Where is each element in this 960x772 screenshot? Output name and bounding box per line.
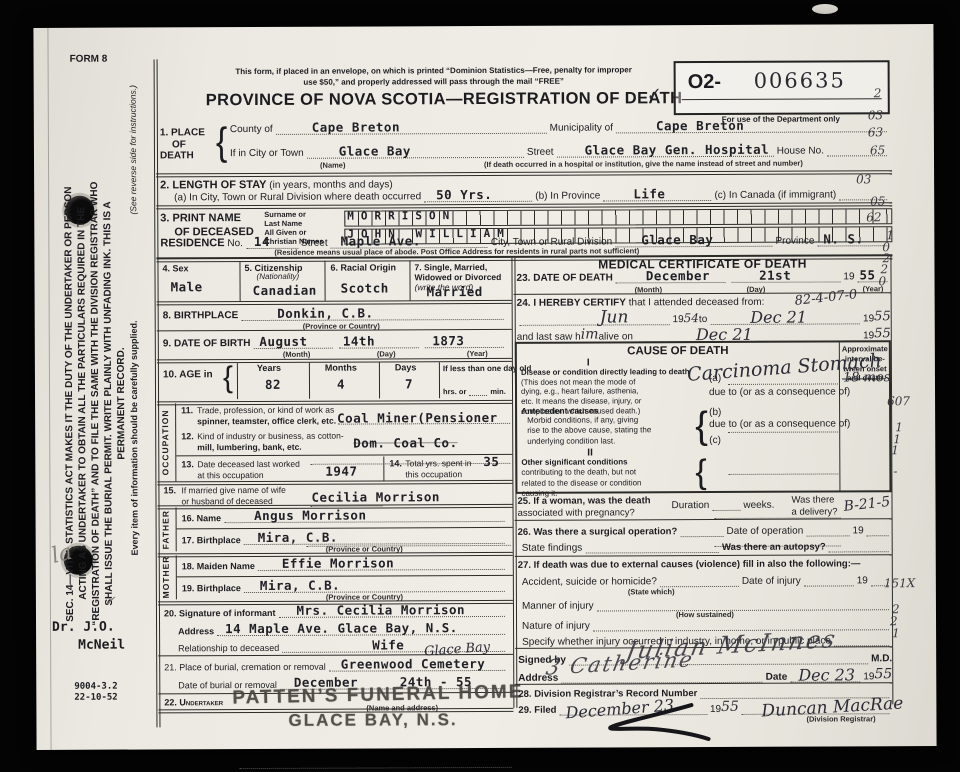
s2-b-line: Life (603, 187, 711, 201)
s27-nature-label: Nature of injury (522, 621, 590, 632)
s10-months-label: Months (325, 363, 357, 373)
margin-note: 0 (879, 274, 887, 288)
cause-a-interval: 18 mos (843, 370, 891, 385)
s1-label: 1. PLACE OF DEATH (160, 127, 205, 162)
sig-date-label: Date (766, 672, 788, 683)
s25-delivery-label: Was therea delivery? (791, 494, 837, 519)
s9-year-note: (Year) (467, 349, 488, 358)
sig-19: 19 (863, 671, 874, 682)
other-conditions-label: Other significant conditions contributin… (521, 457, 707, 499)
s24-to-date: Dec 21 (750, 308, 807, 327)
s19-line: Mira, C.B. (244, 578, 505, 593)
s9-year-line: 1873 (424, 334, 504, 348)
print-code-2: 22-10-52 (74, 693, 117, 703)
sidebar-reverse-note: (See reverse side for instructions.) (128, 68, 141, 233)
s20-line: Mrs. Cecilia Morrison (278, 603, 505, 618)
s23-year: 55 (859, 267, 875, 282)
s19-label: 19. Birthplace (182, 583, 241, 593)
s11-label: Trade, profession, or kind of work asspi… (197, 405, 336, 427)
s26-autopsy-label: Was there an autopsy? (722, 542, 826, 553)
s13-no: 13. (181, 459, 194, 469)
s3-residence-label: RESIDENCE (160, 237, 224, 249)
s9-day-note: (Day) (377, 349, 396, 358)
document-paper: FORM 8 SEC. 14—VITAL STATISTICS ACT MAKE… (33, 24, 936, 750)
s10-hrs-label: hrs. or (443, 387, 466, 396)
s27-19: 19 (857, 575, 868, 586)
s1-municipality-label: Municipality of (550, 122, 613, 133)
s24-from-month: Jun (600, 307, 629, 327)
s24-from-line: Jun (520, 311, 670, 326)
s16-value: Angus Morrison (254, 508, 366, 523)
registration-box-rule (682, 98, 882, 100)
s13-label: Date deceased last workedat this occupat… (197, 459, 300, 481)
s24-to-19: 19 (863, 313, 874, 324)
s27-specify-line (834, 632, 889, 646)
s8-label: 8. BIRTHPLACE (163, 310, 239, 321)
s3-no-label: No. (227, 238, 243, 249)
s2-a-label: (a) In City, Town or Rural Division wher… (174, 191, 421, 203)
sig-year: 55 (874, 666, 892, 682)
cell-line-3 (409, 260, 410, 300)
s9-month-note: (Month) (283, 350, 311, 359)
s24-to-line: Dec 21 (710, 310, 860, 325)
s23-day: 21st (759, 268, 791, 283)
s19-value: Mira, C.B. (260, 578, 340, 593)
father-vertical-label: FATHER (161, 508, 175, 550)
s2-b-label: (b) In Province (535, 190, 600, 201)
s3-province-label: Province (775, 236, 814, 247)
s25-handwritten-value: B-21-5 (843, 494, 891, 515)
sig-address-line (561, 669, 762, 684)
s27-dateinjury-line (804, 572, 854, 586)
antecedent-label: Antecedent causes (521, 406, 599, 416)
s9-year: 1873 (432, 333, 464, 348)
s10-years-label: Years (257, 363, 281, 373)
ink-checkmark: ✓ (644, 84, 661, 106)
s11-no: 11. (181, 405, 193, 415)
s2-c-label: (c) In Canada (if immigrant) (714, 189, 836, 201)
pencil-tick: ✓ (104, 594, 116, 610)
s1-county-label: County of (230, 124, 273, 135)
antecedent-brace: { (695, 405, 708, 448)
s9-day: 14th (343, 333, 375, 348)
margin-note: 1 (891, 443, 899, 457)
s24-to-label: to (699, 314, 707, 325)
s10-min-label: min. (490, 387, 505, 396)
other-brace: { (695, 453, 707, 492)
s29-registrar-note: (Division Registrar) (806, 714, 875, 723)
s26-19: 19 (852, 525, 863, 536)
s9-day-line: 14th (339, 334, 419, 348)
cause-c-label: (c) (709, 435, 721, 446)
s9-label: 9. DATE OF BIRTH (163, 338, 251, 349)
s1-county-value: Cape Breton (312, 119, 400, 134)
s1-house-label: House No. (777, 146, 824, 157)
margin-note: 05 (870, 194, 885, 208)
s21-value: Greenwood Cemetery (341, 656, 486, 672)
s1-street-line: Glace Bay Gen. Hospital (557, 143, 774, 158)
age-line-2 (379, 362, 380, 398)
s1-street-label: Street (527, 147, 554, 158)
s25-label: 25. If a woman, was the death associated… (517, 495, 650, 520)
s12-label: Kind of industry or business, as cotton-… (197, 431, 344, 453)
s1-city-label: If in City or Town (230, 148, 304, 159)
s20-address-label: Address (178, 626, 214, 636)
s29-year: 55 (721, 699, 739, 715)
s18-label: 18. Maiden Name (182, 561, 255, 571)
print-code-1: 9004-3.2 (74, 682, 117, 692)
mailing-notice: This form, if placed in an envelope, on … (184, 65, 684, 89)
ink-scribble-bottom (596, 701, 716, 744)
s9-month-line: August (253, 335, 333, 349)
s1-municipality-value: Cape Breton (656, 118, 744, 133)
s4-label: 4. Sex (162, 263, 188, 273)
s16-line: Angus Morrison (224, 508, 505, 523)
s23-label: 23. DATE OF DEATH (517, 272, 613, 283)
s27-accident-label: Accident, suicide or homicide? (522, 576, 657, 588)
s25-duration-line (712, 497, 740, 511)
s23-month-line: December (616, 269, 725, 283)
age-line-0 (237, 363, 238, 399)
s27-accident-line (660, 573, 739, 587)
s3-province-line: N. S. (817, 232, 887, 246)
cause-c-line (728, 460, 840, 474)
s1-city-line: Glace Bay (307, 144, 524, 159)
mailing-notice-line2: use $50,” and properly addressed will pa… (184, 76, 684, 89)
s8-line: Donkin, C.B. (241, 306, 503, 321)
s10-brace: { (223, 361, 233, 395)
s5-sublabel: (Nationality) (256, 272, 299, 281)
s24-lastsaw-im: im (581, 327, 599, 343)
s20-label: 20. Signature of informant (164, 608, 276, 618)
s3-city-line: Glace Bay (615, 233, 772, 248)
s20-address-value: 14 Maple Ave. Glace Bay, N.S. (225, 620, 458, 636)
s1-street-value: Glace Bay Gen. Hospital (585, 142, 770, 158)
s27-label: 27. If death was due to external causes … (518, 558, 861, 570)
s23-day-line: 21st (731, 268, 840, 282)
s26-label: 26. Was there a surgical operation? (518, 526, 678, 538)
s18-value: Effie Morrison (282, 555, 394, 570)
s18-line: Effie Morrison (258, 556, 505, 571)
s27-dateinjury-label: Date of injury (742, 576, 801, 587)
margin-note: 03 (868, 108, 883, 122)
margin-note: 151X (884, 576, 916, 590)
s20-relationship-label: Relationship to deceased (178, 643, 279, 653)
s21-line: Greenwood Cemetery (329, 657, 505, 672)
s26-autopsy-line (829, 538, 889, 552)
s9-month: August (259, 334, 307, 349)
margin-note: 607 (887, 394, 910, 408)
scan-artifact (812, 4, 838, 14)
s24-label2: that I attended deceased from: (629, 297, 765, 309)
age-line-1 (309, 363, 310, 399)
doctor-name-line1: Dr. J.O. (52, 620, 115, 635)
s27-manner-label: Manner of injury (522, 601, 594, 612)
s29-label: 29. Filed (518, 705, 556, 716)
mailing-notice-line1: This form, if placed in an envelope, on … (184, 65, 684, 78)
s1-city-value: Glace Bay (339, 143, 411, 158)
s3-city-value: Glace Bay (641, 232, 713, 247)
s17-label: 17. Birthplace (182, 535, 241, 545)
scanned-death-registration: FORM 8 SEC. 14—VITAL STATISTICS ACT MAKE… (0, 0, 960, 772)
s26-findings-label: State findings (522, 543, 583, 554)
undertaker-stamp-place: GLACE BAY, N.S. (288, 710, 457, 731)
s15-no: 15. (163, 485, 176, 495)
sig-address-label: Address (518, 673, 558, 684)
s1-name-note: (Name) (320, 161, 345, 170)
s26-year-line (867, 522, 889, 536)
s25-weeks-label: weeks. (743, 500, 774, 511)
s20-value: Mrs. Cecilia Morrison (296, 602, 465, 618)
s27-statewhich-note: (State which) (628, 587, 675, 596)
s24-from-year: 54 (684, 311, 699, 325)
margin-note: 03 (856, 172, 871, 186)
paper-fold-edge (47, 28, 51, 750)
s29-registrar-line: Duncan MacRae (742, 700, 890, 715)
cause-due1-label: due to (or as a consequence of) (709, 386, 850, 398)
s21-label: 21. Place of burial, cremation or remova… (164, 662, 326, 673)
s12-no: 12. (181, 431, 194, 441)
s3-province-value: N. S. (823, 231, 863, 246)
margin-note: 65 (870, 143, 885, 157)
s27-nature-line (593, 616, 889, 631)
s8-value: Donkin, C.B. (277, 305, 373, 320)
cell-line-1 (239, 261, 240, 301)
mother-vertical-label: MOTHER (161, 556, 175, 598)
s22-label: 22. Undertaker (164, 697, 223, 707)
s26-dateop-line (806, 522, 849, 536)
s24-to-year: 55 (874, 309, 891, 324)
registration-number-prefix: O2- (688, 71, 721, 94)
s1-street-note: (If death occurred in a hospital or inst… (484, 159, 803, 169)
sig-date-line: Dec 23 (790, 668, 860, 682)
s2-a-value: 50 Yrs. (436, 187, 492, 202)
s1-brace: { (216, 120, 228, 165)
s3-street-value: Maple Ave. (341, 233, 421, 248)
s17-value: Mira, C.B. (258, 530, 338, 545)
s22-line (240, 754, 512, 769)
s3-surname-value: MORRISON (347, 209, 456, 222)
margin-note: 62 (866, 210, 881, 224)
s14-label: Total yrs. spent inthis occupation (405, 458, 471, 480)
s24-from-19: 19 (672, 314, 683, 325)
s1-municipality-line: Cape Breton (616, 118, 887, 133)
s3-no-value: 14 (254, 234, 270, 249)
s13-s14-divider (383, 456, 384, 480)
s6-label: 6. Racial Origin (330, 262, 396, 272)
sidebar-supply-note: Every item of information should be care… (128, 238, 142, 638)
s20-relationship-value: Wife (372, 637, 404, 652)
cause-due2-label: due to (or as a consequence of) (709, 418, 850, 430)
s16-label: 16. Name (182, 513, 222, 523)
occupation-vertical-label: OCCUPATION (160, 405, 174, 479)
form-title: PROVINCE OF NOVA SCOTIA—REGISTRATION OF … (206, 89, 683, 110)
s23-month: December (646, 268, 710, 283)
s26-line1 (680, 523, 723, 537)
margin-note: 1 (892, 626, 900, 640)
s24-saw-year: 55 (874, 326, 891, 341)
s23-19: 19 (843, 271, 854, 282)
s14-no: 14. (389, 458, 402, 468)
s26-findings-line (585, 539, 719, 554)
s2-a-line: 50 Yrs. (424, 188, 532, 202)
s1-county-line: Cape Breton (276, 120, 547, 135)
sig-md: M.D. (871, 653, 892, 664)
cell-line-2 (324, 261, 325, 301)
form-number: FORM 8 (70, 54, 108, 65)
s26-dateop-label: Date of operation (726, 526, 803, 537)
registration-number-box: O2- 006635 (674, 60, 890, 115)
s15-label: If married give name of wifeor husband o… (181, 485, 285, 507)
cause-of-death-box: CAUSE OF DEATH Approximate interval be- … (515, 340, 892, 494)
margin-note: 63 (868, 125, 883, 139)
registration-number: 006635 (754, 68, 846, 92)
s10-hrs-line (469, 382, 487, 396)
s20-address-line: 14 Maple Ave. Glace Bay, N.S. (217, 621, 505, 636)
s10-label: 10. AGE in (163, 369, 213, 380)
s3-surname-sublabel: Surname orLast Name (264, 211, 306, 228)
antecedent-sublabel: Morbid conditions, if any, giving rise t… (527, 415, 707, 447)
s2-b-value: Life (633, 186, 665, 201)
margin-note: 2 (874, 86, 882, 100)
cause-b-label: (b) (709, 407, 721, 418)
s25-duration-label: Duration (671, 500, 709, 511)
margin-note: - (893, 464, 897, 478)
rule-20 (515, 554, 892, 557)
s10-days-label: Days (395, 362, 417, 372)
s27-manner-line (597, 596, 889, 611)
doctor-name-line2: McNeil (78, 638, 125, 653)
age-line-3 (439, 362, 440, 398)
s17-line: Mira, C.B. (244, 530, 505, 545)
